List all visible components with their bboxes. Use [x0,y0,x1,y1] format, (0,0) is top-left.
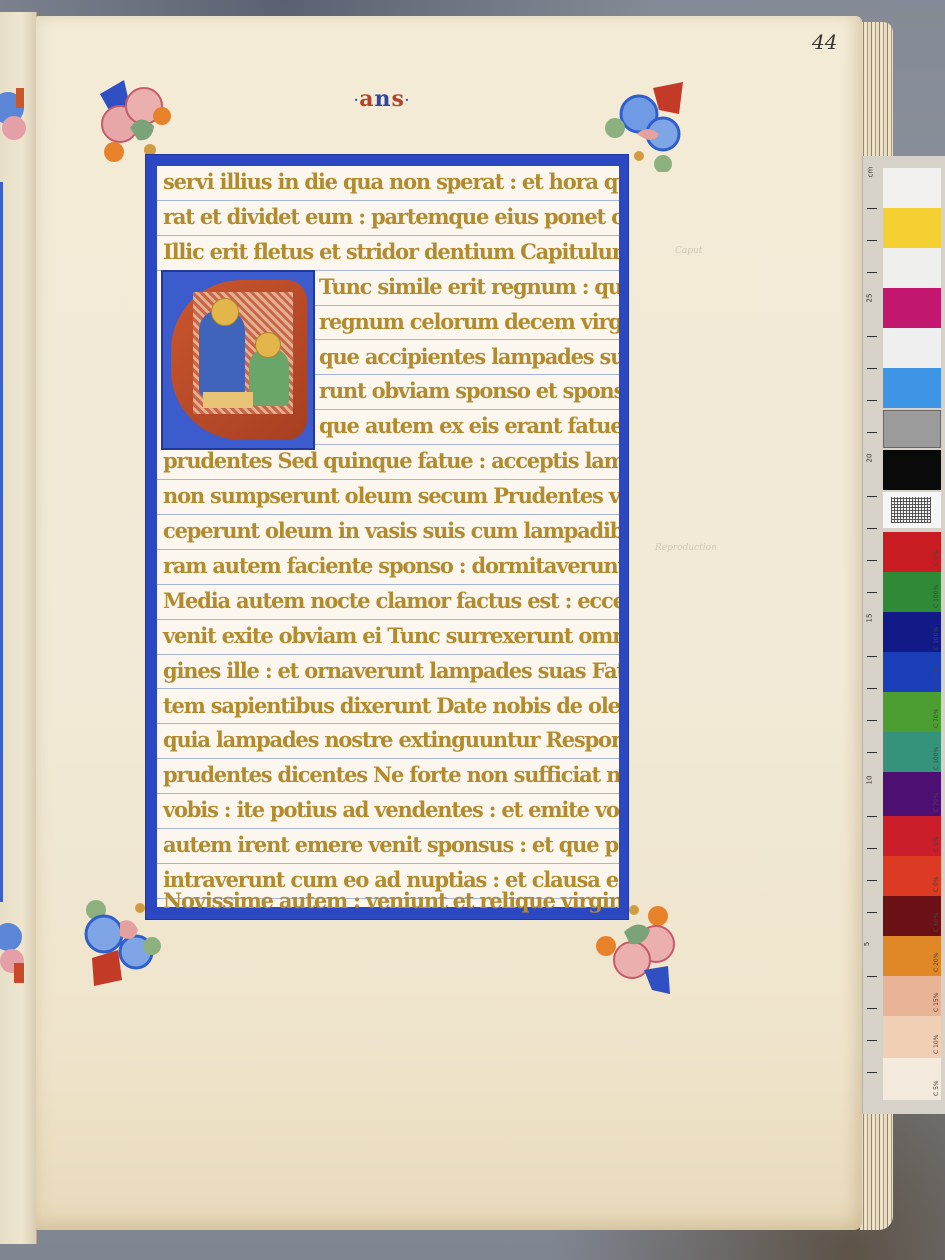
text-block: servi illius in die qua non sperat : et … [157,166,619,907]
left-page-frame-edge [0,182,3,902]
text-line: que autem ex eis erant fatue et quinque [313,410,619,445]
text-line: regnum celorum decem virginibus [313,306,619,341]
swatch-magenta [883,288,941,328]
swatch-black [883,450,941,490]
left-page-ornament-icon [0,907,26,987]
text-line: que accipientes lampades suas exie [313,341,619,376]
color-calibration-card: cm 25 20 15 10 5 C 0% C 100% C 100% C 10… [862,156,945,1114]
text-line: runt obviam sponso et sponse Quin [313,375,619,410]
historiated-initial [161,270,315,450]
left-facing-page-edge [0,12,37,1244]
swatch-gray [883,410,941,448]
text-line: Novissime autem : veniunt et relique vir… [157,885,619,920]
text-line: tem sapientibus dixerunt Date nobis de o… [157,690,619,725]
text-line: servi illius in die qua non sperat : et … [157,166,619,201]
text-line: venit exite obviam ei Tunc surrexerunt o… [157,620,619,655]
halo-icon [255,332,281,358]
text-line: prudentes dicentes Ne forte non sufficia… [157,759,619,794]
pencil-note: Caput [675,246,702,256]
swatch-white [883,168,941,208]
pencil-note: Reproduction [655,543,717,553]
swatch-white [883,248,941,288]
text-line: ram autem faciente sponso : dormitaverun… [157,550,619,585]
left-page-ornament-icon [0,78,26,158]
text-line: vobis : ite potius ad vendentes : et emi… [157,794,619,829]
text-line: quia lampades nostre extinguuntur Respon… [157,724,619,759]
swatch-yellow [883,208,941,248]
text-line: Media autem nocte clamor factus est : ec… [157,585,619,620]
corner-ornament-top-left-icon [86,72,178,164]
halo-icon [211,298,239,326]
running-head: ·ans· [354,86,410,112]
text-line: gines ille : et ornaverunt lampades suas… [157,655,619,690]
swatch-grid [883,492,941,528]
swatch-cyan [883,368,941,408]
folio-number: 44 [812,30,837,54]
text-line: Illic erit fletus et stridor dentium Cap… [157,236,619,271]
text-line: ceperunt oleum in vasis suis cum lampadi… [157,515,619,550]
text-line: autem irent emere venit sponsus : et que… [157,829,619,864]
text-line: Tunc simile erit regnum : quinque [313,271,619,306]
bench [203,392,253,408]
text-line: rat et dividet eum : partemque eius pone… [157,201,619,236]
swatch-white [883,328,941,368]
text-line: non sumpserunt oleum secum Prudentes ver… [157,480,619,515]
initial-miniature-scene [193,292,293,414]
text-line: prudentes Sed quinque fatue : acceptis l… [157,445,619,480]
